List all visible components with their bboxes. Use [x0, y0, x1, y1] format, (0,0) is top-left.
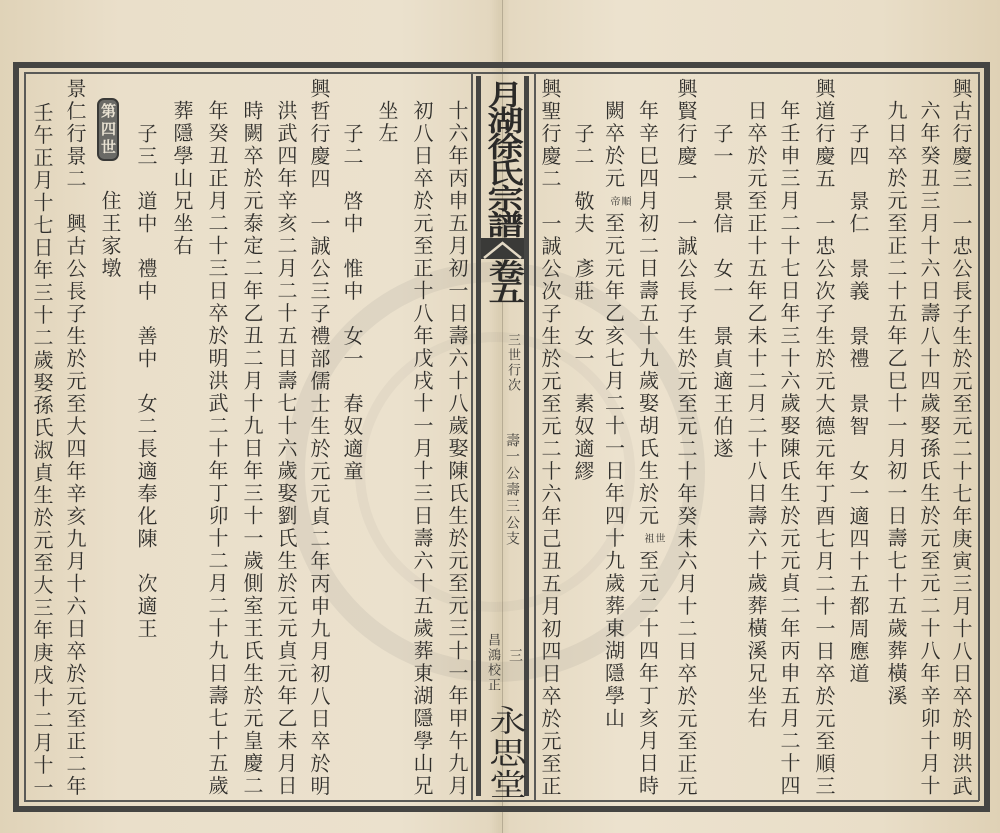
text-column: 興古行慶三 一忠公長子生於元至元二十七年庚寅三月十八日卒於明洪武 [949, 78, 973, 798]
text-column: 年辛巳四月初二日壽五十九歲娶胡氏生於元世祖至元二十四年丁亥月日時 [640, 100, 664, 798]
text-column: 興聖行慶二 一誠公次子生於元至元二十六年己丑五月初四日卒於元至正 [538, 78, 562, 798]
column-text: 闕卒於元 [602, 100, 626, 190]
frame-top-thin [24, 72, 979, 74]
text-column: 興賢行慶一 一誠公長子生於元至元二十年癸未六月十二日卒於元至正元 [674, 78, 698, 798]
book-title: 月湖徐氏宗譜 [485, 80, 521, 236]
text-column: 九日卒於元至正二十五年乙巳十一月初一日壽七十五歲葬橫溪 [884, 100, 908, 708]
editor-label: 昌鴻校正 [485, 633, 499, 693]
frame-bottom-thick [13, 806, 990, 812]
text-column: 闕卒於元順帝至元元年乙亥七月二十一日年四十九歲葬東湖隱學山 [606, 100, 630, 730]
page-number: 三 [508, 648, 522, 664]
spine-right-thin-rule [534, 72, 536, 801]
column-text: 至元元年乙亥七月二十一日年四十九歲葬東湖隱學山 [602, 213, 626, 731]
text-column: 初八日卒於元至正十八年戊戌十一月十三日壽六十五歲葬東湖隱學山兄 [410, 100, 434, 798]
frame-left-thick [13, 62, 19, 812]
column-text: 年辛巳四月初二日壽五十九歲娶胡氏生於元 [636, 100, 660, 528]
children-column: 子二 啓中 惟中 女一 春奴適童 [340, 123, 364, 483]
residence-column: 住王家墩 [98, 190, 122, 280]
text-column: 年癸丑正月二十三日卒於明洪武二十年丁卯十二月二十九日壽七十五歲 [205, 100, 229, 798]
text-column: 壬午正月十七日年三十二歲娶孫氏淑貞生於元至大三年庚戌十二月十一 [30, 102, 54, 800]
text-column: 洪武四年辛亥二月二十五日壽七十六歲娶劉氏生於元元貞元年乙未月日 [274, 100, 298, 798]
spine-left-thin-rule [471, 72, 473, 801]
text-column: 興哲行慶四 一誠公三子禮部儒士生於元元貞二年丙申九月初八日卒於明 [307, 78, 331, 798]
volume-label: 卷五 [485, 259, 521, 301]
generation-badge: 第四世 [97, 98, 119, 161]
text-column: 日卒於元至正十五年乙未十二月二十八日壽六十歲葬橫溪兄坐右 [744, 100, 768, 730]
section-label: 三世行次 [505, 333, 519, 393]
branch-label: 壽一公壽三公支 [505, 433, 519, 548]
text-column: 時闕卒於元泰定二年乙丑二月十九日年三十一歲側室王氏生於元皇慶二 [240, 100, 264, 798]
text-column: 年壬申三月二十七日年三十六歲娶陳氏生於元元貞二年丙申五月二十四 [777, 100, 801, 798]
text-column: 六年癸丑三月十六日壽八十四歲娶孫氏生於元至元二十八年辛卯十月十 [917, 100, 941, 798]
children-column: 子一 景信 女一 景貞適王伯遂 [710, 123, 734, 461]
text-column: 十六年丙申五月初一日壽六十八歲娶陳氏生於元至元三十一年甲午九月 [445, 100, 469, 798]
frame-top-thick [13, 62, 990, 68]
fishtail-banner-icon [481, 238, 524, 259]
frame-left-thin [24, 72, 26, 801]
children-column: 子三 道中 禮中 善中 女二長適奉化陳 次適王 [134, 123, 158, 641]
annotation-note: 世祖 [642, 533, 664, 544]
children-column: 子四 景仁 景義 景禮 景智 女一適四十五都周應道 [846, 123, 870, 686]
text-column: 興道行慶五 一忠公次子生於元大德元年丁酉七月二十一日卒於元至順三 [812, 78, 836, 798]
frame-right-thin [978, 72, 980, 801]
frame-right-thick [984, 62, 990, 812]
hall-name: 永思堂 [484, 705, 522, 801]
text-column: 葬隱學山兄坐右 [170, 100, 194, 258]
generation-badge-label: 第四世 [100, 103, 116, 157]
children-column: 子二 敬夫 彥莊 女一 素奴適繆 [571, 123, 595, 483]
spine-left-thick-rule [476, 76, 481, 796]
annotation-note: 順帝 [608, 196, 630, 207]
column-text: 至元二十四年丁亥月日時 [636, 550, 660, 798]
text-column: 景仁行景二 興古公長子生於元至大四年辛亥九月十六日卒於元至正二年 [63, 78, 87, 798]
text-column: 坐左 [375, 100, 399, 145]
